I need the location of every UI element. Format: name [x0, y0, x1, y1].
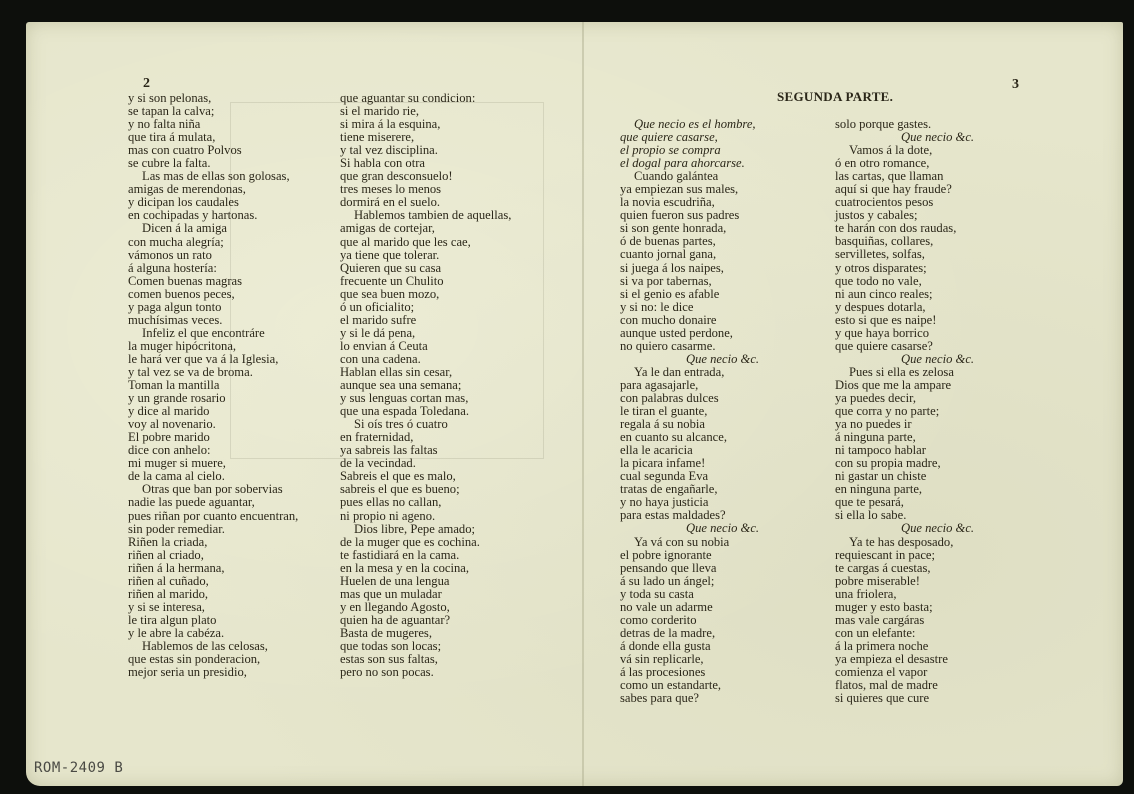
verse-line: á su lado un ángel; [620, 575, 759, 588]
right-page-column-1: Que necio es el hombre,que quiere casars… [620, 118, 759, 705]
verse-line: y le abre la cabéza. [128, 627, 298, 640]
verse-line: vámonos un rato [128, 249, 298, 262]
verse-line: ya empieza el desastre [835, 653, 974, 666]
verse-line: si el genio es afable [620, 288, 759, 301]
verse-line: y en llegando Agosto, [340, 601, 511, 614]
verse-line: riñen al criado, [128, 549, 298, 562]
verse-line: y otros disparates; [835, 262, 974, 275]
verse-line: á alguna hostería: [128, 262, 298, 275]
verse-line: y despues dotarla, [835, 301, 974, 314]
shelfmark-label: ROM-2409 B [34, 760, 123, 776]
verse-line: Ya le dan entrada, [620, 366, 759, 379]
verse-line: y si no: le dice [620, 301, 759, 314]
verse-line: vá sin replicarle, [620, 653, 759, 666]
right-page-column-2: solo porque gastes.Que necio &c.Vamos á … [835, 118, 974, 705]
verse-line: que quiere casarse? [835, 340, 974, 353]
verse-line: Huelen de una lengua [340, 575, 511, 588]
verse-line: Quieren que su casa [340, 262, 511, 275]
verse-line: riñen al cuñado, [128, 575, 298, 588]
verse-line: esto si que es naipe! [835, 314, 974, 327]
verse-line: y toda su casta [620, 588, 759, 601]
verse-line: comen buenos peces, [128, 288, 298, 301]
verse-line: como corderito [620, 614, 759, 627]
verse-line: á la primera noche [835, 640, 974, 653]
verse-line: mejor seria un presidio, [128, 666, 298, 679]
page-number-left: 2 [143, 76, 150, 92]
verse-line: ya tiene que tolerar. [340, 249, 511, 262]
refrain-line: Que necio &c. [835, 353, 974, 366]
verse-line: pensando que lleva [620, 562, 759, 575]
verse-line: que todo no vale, [835, 275, 974, 288]
verse-line: lo envian á Ceuta [340, 340, 511, 353]
verse-line: amigas de cortejar, [340, 222, 511, 235]
verse-line: de la muger que es cochina. [340, 536, 511, 549]
left-page-column-1: y si son pelonas,se tapan la calva;y no … [128, 92, 298, 679]
verse-line: con un elefante: [835, 627, 974, 640]
verse-line: no vale un adarme [620, 601, 759, 614]
verse-line: pobre miserable! [835, 575, 974, 588]
verse-line: ni aun cinco reales; [835, 288, 974, 301]
verse-line: le tira algun plato [128, 614, 298, 627]
verse-line: el marido sufre [340, 314, 511, 327]
verse-line: quien ha de aguantar? [340, 614, 511, 627]
verse-line: el pobre ignorante [620, 549, 759, 562]
verse-line: Comen buenas magras [128, 275, 298, 288]
verse-line: que sea buen mozo, [340, 288, 511, 301]
verse-line: no quiero casarme. [620, 340, 759, 353]
verse-line: Ya vá con su nobia [620, 536, 759, 549]
verse-line: servilletes, solfas, [835, 248, 974, 261]
verse-line: cuanto jornal gana, [620, 248, 759, 261]
verse-line: mas que un muladar [340, 588, 511, 601]
verse-line: riñen á la hermana, [128, 562, 298, 575]
verse-line: Dios libre, Pepe amado; [340, 523, 511, 536]
verse-line: y si se interesa, [128, 601, 298, 614]
verse-line: aunque usted perdone, [620, 327, 759, 340]
verse-line: Dicen á la amiga [128, 222, 298, 235]
verse-line: pero no son pocas. [340, 666, 511, 679]
verse-line: sin poder remediar. [128, 523, 298, 536]
verse-line: frecuente un Chulito [340, 275, 511, 288]
verse-line: con mucho donaire [620, 314, 759, 327]
verse-line: pues ellas no callan, [340, 496, 511, 509]
verse-line: en la mesa y en la cocina, [340, 562, 511, 575]
verse-line: te fastidiará en la cama. [340, 549, 511, 562]
center-fold [582, 22, 584, 786]
verse-line: Ya te has desposado, [835, 536, 974, 549]
verse-line: riñen al marido, [128, 588, 298, 601]
verse-line: Basta de mugeres, [340, 627, 511, 640]
verse-line: muger y esto basta; [835, 601, 974, 614]
verse-line: ó un oficialito; [340, 301, 511, 314]
running-head: SEGUNDA PARTE. [777, 89, 893, 105]
refrain-line: Que necio &c. [620, 522, 759, 535]
verse-line: Pues si ella es zelosa [835, 366, 974, 379]
verse-line: nadie las puede aguantar, [128, 496, 298, 509]
verse-line: mas vale cargáras [835, 614, 974, 627]
verse-line: á donde ella gusta [620, 640, 759, 653]
verse-line: muchísimas veces. [128, 314, 298, 327]
verse-line: con mucha alegría; [128, 236, 298, 249]
verse-line: Riñen la criada, [128, 536, 298, 549]
verse-line: si quieres que cure [835, 692, 974, 705]
page-number-right: 3 [1012, 77, 1019, 93]
refrain-line: Que necio &c. [620, 353, 759, 366]
verse-line: si va por tabernas, [620, 275, 759, 288]
verse-line: sabes para que? [620, 692, 759, 705]
verse-line: pues riñan por cuanto encuentran, [128, 510, 298, 523]
refrain-line: Que necio &c. [835, 522, 974, 535]
verse-line: ni propio ni ageno. [340, 510, 511, 523]
verse-line: Infeliz el que encontráre [128, 327, 298, 340]
verse-line: y paga algun tonto [128, 301, 298, 314]
verse-line: y que haya borrico [835, 327, 974, 340]
left-page-column-2: que aguantar su condicion:si el marido r… [340, 92, 511, 679]
verse-line: y si le dá pena, [340, 327, 511, 340]
verse-line: te cargas á cuestas, [835, 562, 974, 575]
verse-line: una friolera, [835, 588, 974, 601]
verse-line: que al marido que les cae, [340, 236, 511, 249]
verse-line: detras de la madre, [620, 627, 759, 640]
verse-line: si juega á los naipes, [620, 262, 759, 275]
verse-line: la muger hipócritona, [128, 340, 298, 353]
verse-line: requiescant in pace; [835, 549, 974, 562]
